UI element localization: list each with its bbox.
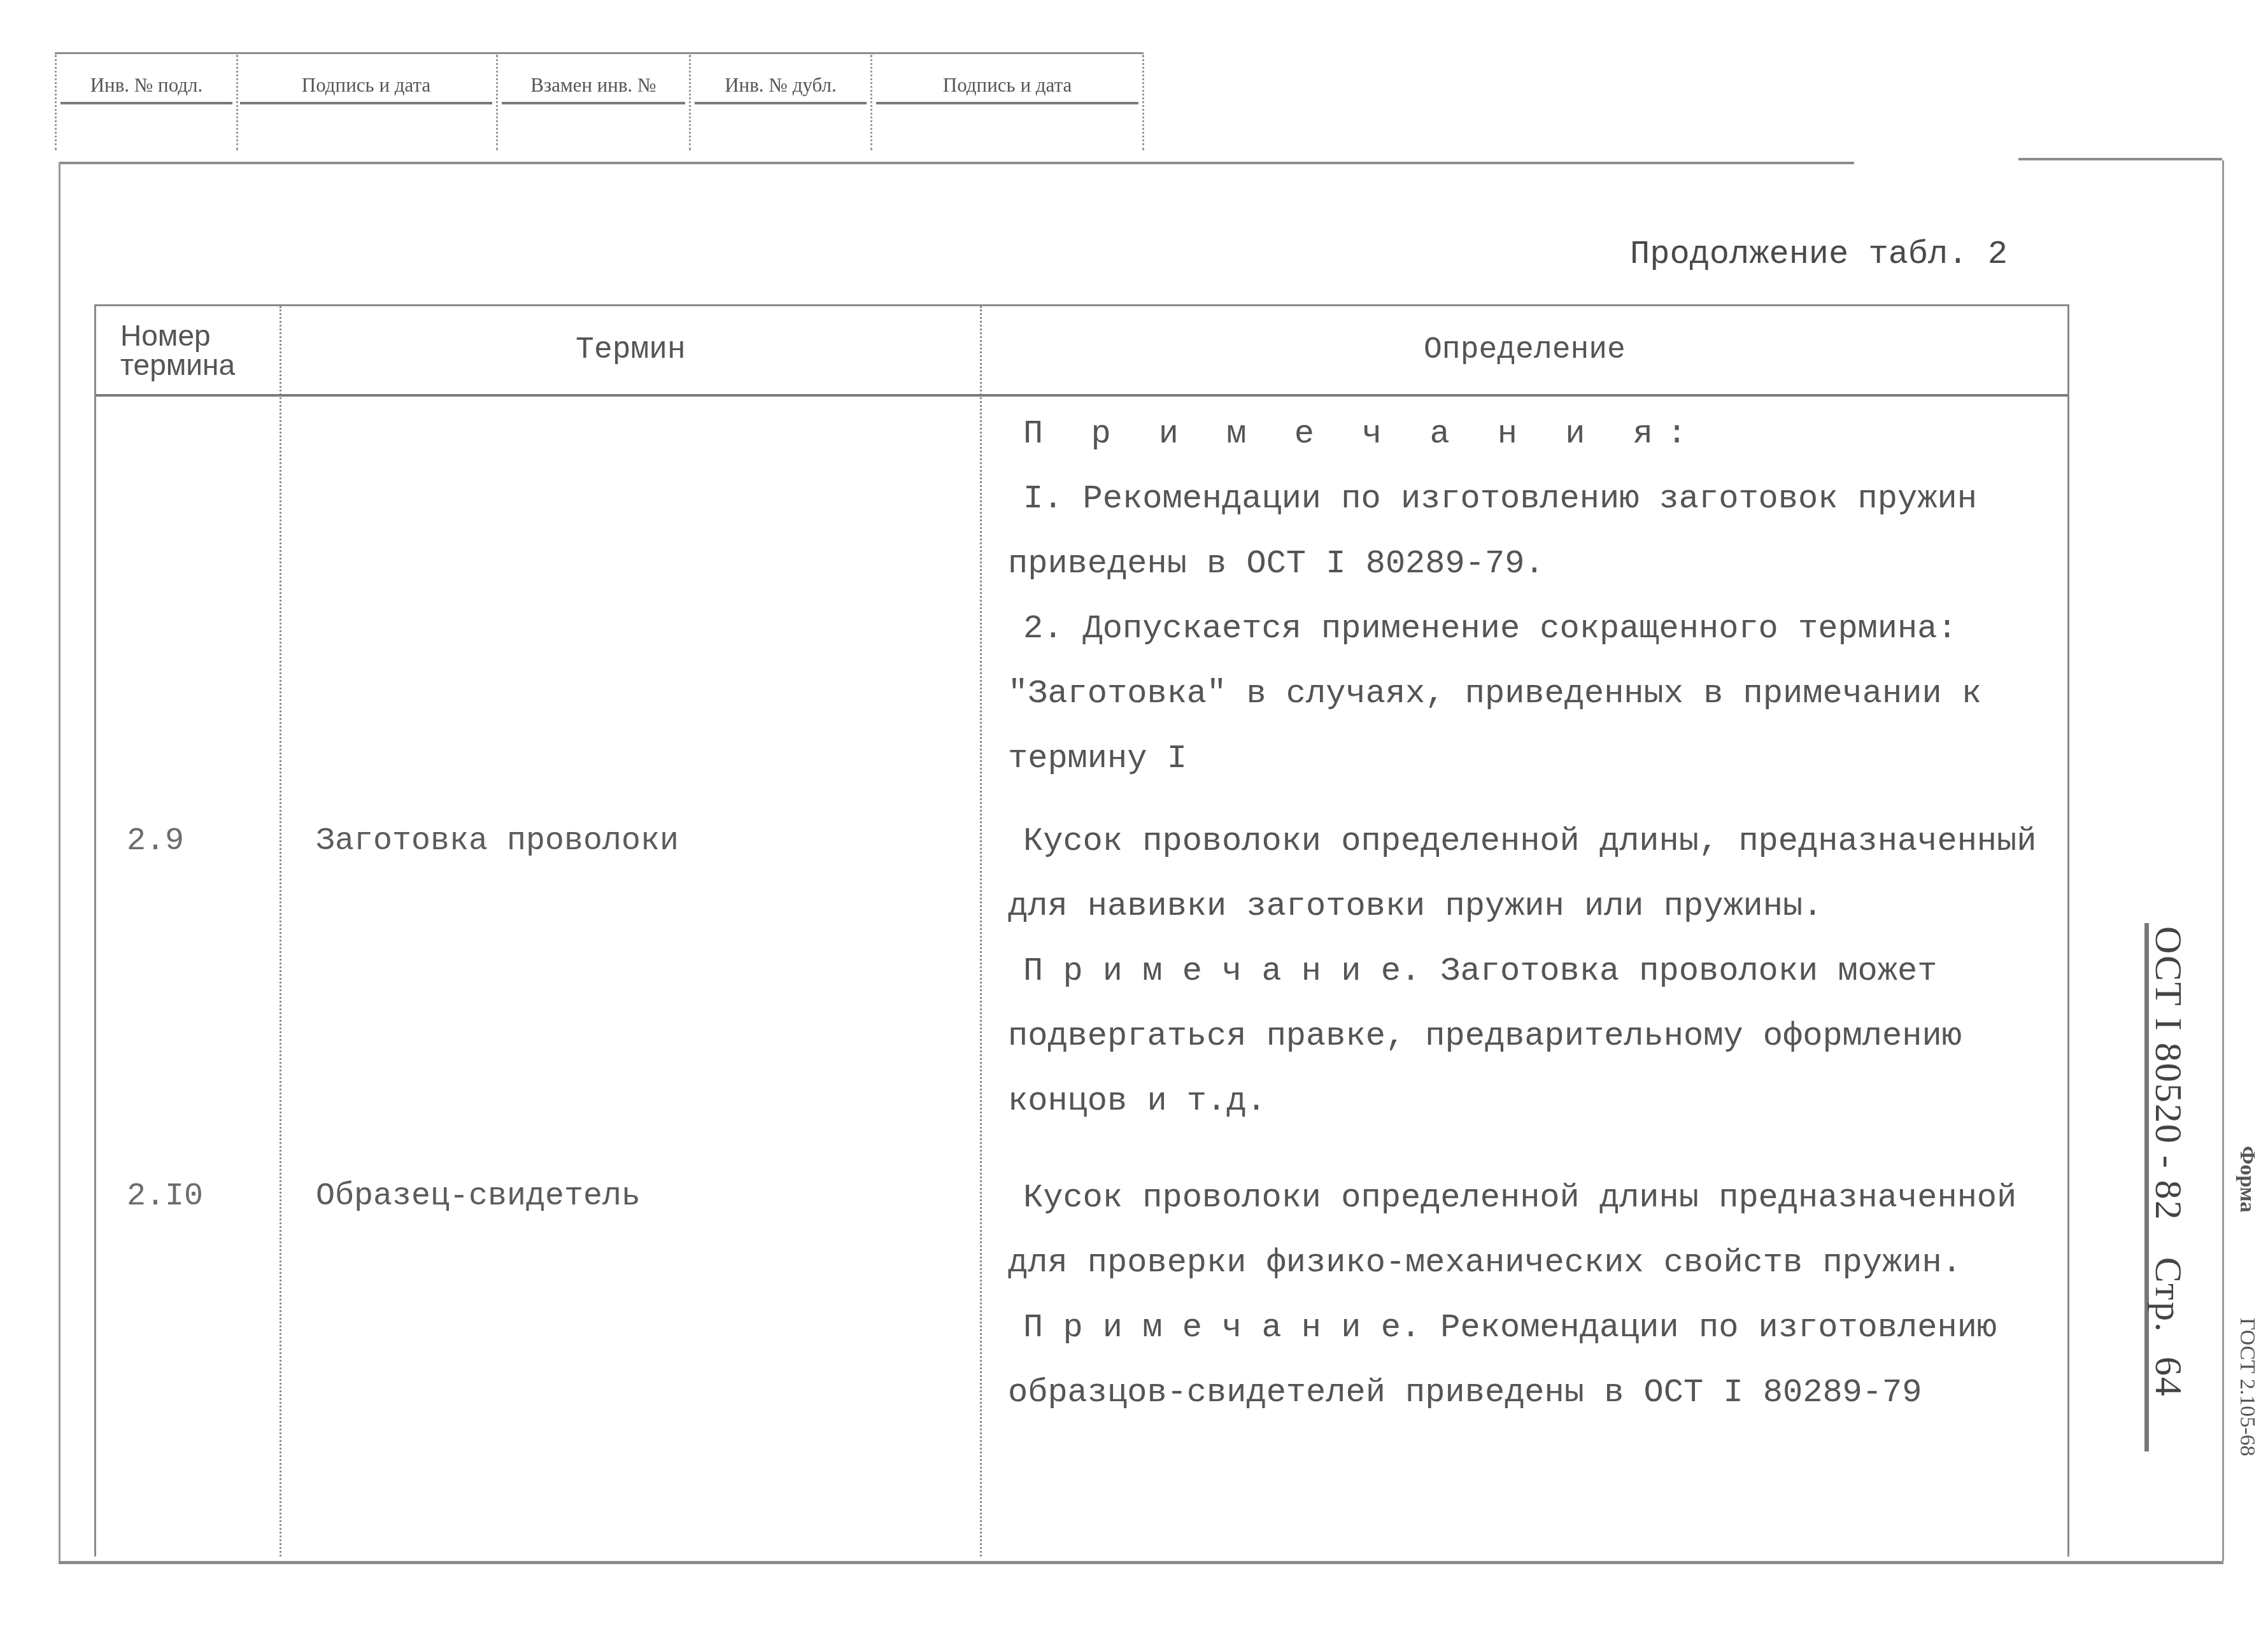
term-name: Образец-свидетель: [316, 1178, 641, 1215]
page-number: 64: [2148, 1357, 2190, 1397]
definition-line: Кусок проволоки определенной длины предн…: [1008, 1166, 2039, 1231]
page-label: Стр.: [2148, 1257, 2190, 1333]
table-row-definition: Кусок проволоки определенной длины предн…: [1008, 1166, 2039, 1425]
header-number-line1: Номер: [120, 319, 211, 352]
table-continuation-caption: Продолжение табл. 2: [1630, 236, 2008, 273]
stamp-cell-replacement-inv: Взамен инв. №: [498, 55, 691, 150]
definition-line: I. Рекомендации по изготовлению заготово…: [1008, 467, 2039, 532]
stamp-label: Подпись и дата: [240, 74, 492, 104]
table-row-definition: Кусок проволоки определенной длины, пред…: [1008, 809, 2039, 1134]
definition-line: "Заготовка" в случаях, приведенных в при…: [1008, 661, 2039, 726]
definition-line: подвергаться правке, предварительному оф…: [1008, 1004, 2039, 1069]
definition-line: термину I: [1008, 726, 2039, 791]
frame-top-line-right: [2018, 158, 2222, 160]
term-number: 2.9: [127, 823, 184, 859]
definition-line: П р и м е ч а н и е. Рекомендации по изг…: [1008, 1296, 2039, 1360]
term-number: 2.I0: [127, 1178, 203, 1215]
stamp-cell-inv-duplicate: Инв. № дубл.: [691, 55, 872, 150]
definition-line: приведены в ОСТ I 80289-79.: [1008, 532, 2039, 597]
definition-line: П р и м е ч а н и я:: [1008, 402, 2039, 467]
column-separator: [280, 306, 281, 1557]
definition-line: для навивки заготовки пружин или пружины…: [1008, 874, 2039, 939]
header-term: Термин: [281, 306, 980, 394]
term-name: Заготовка проволоки: [316, 823, 679, 859]
stamp-label: Инв. № дубл.: [695, 74, 867, 104]
document-code: ОСТ I 80520 - 82 Стр. 64: [2146, 926, 2190, 1397]
definition-line: 2. Допускается применение сокращенного т…: [1008, 597, 2039, 661]
stamp-label: Инв. № подл.: [60, 74, 232, 104]
approval-stamp: Инв. № подл. Подпись и дата Взамен инв. …: [55, 55, 1144, 159]
column-separator: [980, 306, 982, 1557]
frame-bottom-line: [59, 1561, 2223, 1564]
header-definition: Определение: [982, 306, 2067, 394]
stamp-top-border: [55, 52, 1144, 54]
stamp-label: Взамен инв. №: [502, 74, 685, 104]
terms-table: Номертермина Термин Определение П р и м …: [94, 304, 2069, 1557]
definition-line: концов и т.д.: [1008, 1069, 2039, 1134]
stamp-cell-inv-original: Инв. № подл.: [55, 55, 238, 150]
table-row-notes: П р и м е ч а н и я:I. Рекомендации по и…: [1008, 402, 2039, 791]
document-code-text: ОСТ I 80520 - 82: [2148, 926, 2190, 1221]
frame-left-line: [59, 162, 60, 1562]
form-standard: ГОСТ 2.105-68: [2235, 1318, 2259, 1457]
definition-line: образцов-свидетелей приведены в ОСТ I 80…: [1008, 1360, 2039, 1425]
frame-top-line: [59, 162, 1854, 164]
stamp-cell-signature-date: Подпись и дата: [236, 55, 498, 150]
header-number-line2: термина: [120, 348, 235, 381]
header-term-number: Номертермина: [96, 306, 280, 394]
stamp-cell-signature-date-2: Подпись и дата: [872, 55, 1144, 150]
definition-line: Кусок проволоки определенной длины, пред…: [1008, 809, 2039, 874]
stamp-label: Подпись и дата: [876, 74, 1138, 104]
frame-right-line: [2222, 160, 2224, 1561]
form-label: Форма: [2235, 1146, 2259, 1213]
header-separator: [96, 394, 2067, 397]
definition-line: для проверки физико-механических свойств…: [1008, 1231, 2039, 1296]
definition-line: П р и м е ч а н и е. Заготовка проволоки…: [1008, 939, 2039, 1004]
